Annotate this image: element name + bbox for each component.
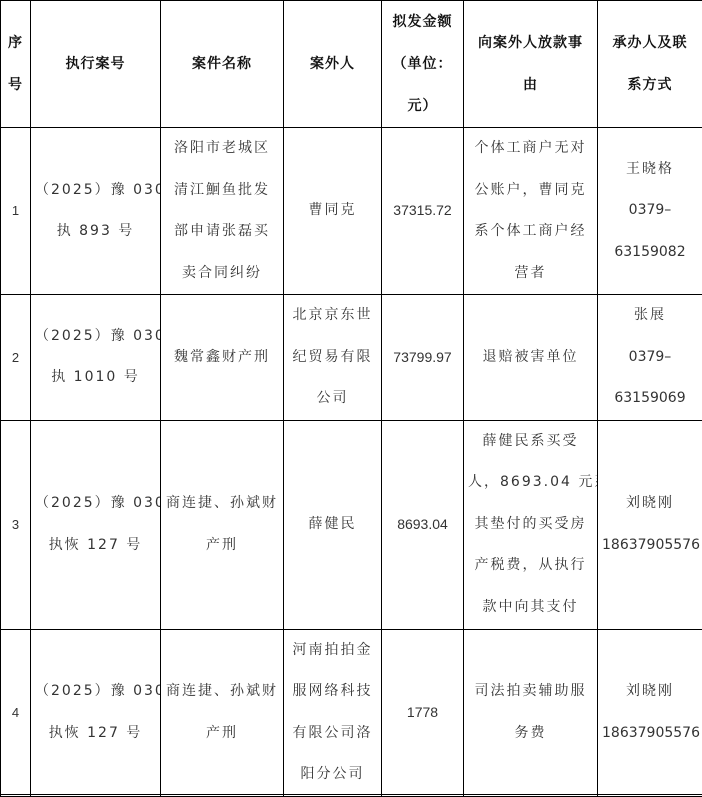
cell-case-no: （2025）豫 0302 执 1010 号 — [31, 295, 161, 421]
header-contact-line: 系方式 — [602, 64, 698, 106]
cell-line: （2025）豫 0302 — [35, 316, 156, 358]
cell-line: 魏常鑫财产刑 — [165, 337, 279, 379]
table-row: 1 （2025）豫 0302 执 893 号 洛阳市老城区 清江鮰鱼批发 部申请… — [1, 128, 702, 295]
cell-line: 清江鮰鱼批发 — [165, 170, 279, 212]
cell-line: 执 893 号 — [35, 211, 156, 253]
cell-reason: 司法拍卖辅助服 务费 — [464, 629, 598, 796]
cell-seq: 3 — [1, 420, 31, 629]
cell-outsider: 曹同克 — [284, 128, 382, 295]
cell-contact: 王晓格 0379– 63159082 — [598, 128, 702, 295]
cell-line: 公司 — [288, 378, 377, 420]
cell-line: 薛健民系买受 — [468, 421, 593, 463]
header-case-no-line: 执行案号 — [35, 43, 156, 85]
cell-line: 张展 — [602, 295, 698, 337]
cell-line: 营者 — [468, 253, 593, 295]
cell-outsider: 河南拍拍金 服网络科技 有限公司洛 阳分公司 — [284, 629, 382, 796]
cell-line: 北京京东世 — [288, 295, 377, 337]
header-amount-line: 元） — [386, 85, 459, 127]
table-row: 4 （2025）豫 0302 执恢 127 号 商连捷、孙斌财 产刑 河南拍拍金… — [1, 629, 702, 796]
cell-line: 有限公司洛 — [288, 713, 377, 755]
header-row: 序 号 执行案号 案件名称 案外人 拟发金额 （单位： 元） 向案外人放款事 由 — [1, 1, 702, 128]
header-reason-line: 由 — [468, 64, 593, 106]
cell-line: 其垫付的买受房 — [468, 504, 593, 546]
cell-reason: 个体工商户无对 公账户，曹同克 系个体工商户经 营者 — [464, 128, 598, 295]
cell-line: 部申请张磊买 — [165, 211, 279, 253]
cell-seq: 1 — [1, 128, 31, 295]
cell-case-name: 商连捷、孙斌财 产刑 — [161, 420, 284, 629]
cell-amount: 37315.72 — [382, 128, 464, 295]
cell-seq: 2 — [1, 295, 31, 421]
cell-line: 刘晓刚 — [602, 671, 698, 713]
cell-case-no: （2025）豫 0302 执恢 127 号 — [31, 420, 161, 629]
cell-line: （2025）豫 0302 — [35, 671, 156, 713]
header-amount-line: 拟发金额 — [386, 1, 459, 43]
cell-reason: 薛健民系买受 人，8693.04 元系 其垫付的买受房 产税费，从执行 款中向其… — [464, 420, 598, 629]
cell-line: 务费 — [468, 713, 593, 755]
cell-contact: 刘晓刚 18637905576 — [598, 629, 702, 796]
header-outsider: 案外人 — [284, 1, 382, 128]
cell-line: 王晓格 — [602, 149, 698, 191]
header-amount-line: （单位： — [386, 43, 459, 85]
header-seq-line: 序 — [5, 22, 26, 64]
cell-line: （2025）豫 0302 — [35, 483, 156, 525]
cell-amount: 73799.97 — [382, 295, 464, 421]
header-case-name: 案件名称 — [161, 1, 284, 128]
header-reason-line: 向案外人放款事 — [468, 22, 593, 64]
disbursement-table: 序 号 执行案号 案件名称 案外人 拟发金额 （单位： 元） 向案外人放款事 由 — [0, 0, 702, 797]
cell-line: 退赔被害单位 — [468, 337, 593, 379]
header-contact-line: 承办人及联 — [602, 22, 698, 64]
cell-line: 执恢 127 号 — [35, 713, 156, 755]
cell-line: 曹同克 — [288, 190, 377, 232]
header-outsider-line: 案外人 — [288, 43, 377, 85]
cell-line: 产税费，从执行 — [468, 545, 593, 587]
header-seq: 序 号 — [1, 1, 31, 128]
cell-line: 薛健民 — [288, 504, 377, 546]
header-reason: 向案外人放款事 由 — [464, 1, 598, 128]
header-case-no: 执行案号 — [31, 1, 161, 128]
cell-outsider: 薛健民 — [284, 420, 382, 629]
header-case-name-line: 案件名称 — [165, 43, 279, 85]
cell-line: 商连捷、孙斌财 — [165, 483, 279, 525]
cell-line: 18637905576 — [602, 525, 698, 567]
cell-amount: 8693.04 — [382, 420, 464, 629]
cell-line: 63159082 — [602, 232, 698, 274]
cell-seq: 4 — [1, 629, 31, 796]
cell-line: 刘晓刚 — [602, 483, 698, 525]
cell-line: 卖合同纠纷 — [165, 253, 279, 295]
header-seq-line: 号 — [5, 64, 26, 106]
cell-contact: 刘晓刚 18637905576 — [598, 420, 702, 629]
table-bottom-border — [0, 794, 702, 795]
cell-line: 纪贸易有限 — [288, 337, 377, 379]
cell-case-name: 魏常鑫财产刑 — [161, 295, 284, 421]
table-row: 3 （2025）豫 0302 执恢 127 号 商连捷、孙斌财 产刑 薛健民 8… — [1, 420, 702, 629]
cell-line: 款中向其支付 — [468, 587, 593, 629]
cell-line: 商连捷、孙斌财 — [165, 671, 279, 713]
cell-line: 0379– — [602, 190, 698, 232]
cell-reason: 退赔被害单位 — [464, 295, 598, 421]
cell-line: 执恢 127 号 — [35, 525, 156, 567]
cell-line: 阳分公司 — [288, 754, 377, 796]
cell-line: （2025）豫 0302 — [35, 170, 156, 212]
header-amount: 拟发金额 （单位： 元） — [382, 1, 464, 128]
cell-line: 公账户，曹同克 — [468, 170, 593, 212]
cell-line: 司法拍卖辅助服 — [468, 671, 593, 713]
cell-line: 个体工商户无对 — [468, 128, 593, 170]
cell-line: 系个体工商户经 — [468, 211, 593, 253]
cell-line: 人，8693.04 元系 — [468, 462, 593, 504]
cell-case-name: 商连捷、孙斌财 产刑 — [161, 629, 284, 796]
cell-case-no: （2025）豫 0302 执 893 号 — [31, 128, 161, 295]
cell-line: 产刑 — [165, 713, 279, 755]
cell-contact: 张展 0379– 63159069 — [598, 295, 702, 421]
cell-outsider: 北京京东世 纪贸易有限 公司 — [284, 295, 382, 421]
cell-line: 洛阳市老城区 — [165, 128, 279, 170]
cell-line: 产刑 — [165, 525, 279, 567]
cell-amount: 1778 — [382, 629, 464, 796]
cell-line: 18637905576 — [602, 713, 698, 755]
table-row: 2 （2025）豫 0302 执 1010 号 魏常鑫财产刑 北京京东世 纪贸易… — [1, 295, 702, 421]
cell-line: 服网络科技 — [288, 671, 377, 713]
cell-case-no: （2025）豫 0302 执恢 127 号 — [31, 629, 161, 796]
cell-line: 63159069 — [602, 378, 698, 420]
cell-line: 执 1010 号 — [35, 357, 156, 399]
cell-line: 0379– — [602, 337, 698, 379]
cell-case-name: 洛阳市老城区 清江鮰鱼批发 部申请张磊买 卖合同纠纷 — [161, 128, 284, 295]
header-contact: 承办人及联 系方式 — [598, 1, 702, 128]
cell-line: 河南拍拍金 — [288, 630, 377, 672]
